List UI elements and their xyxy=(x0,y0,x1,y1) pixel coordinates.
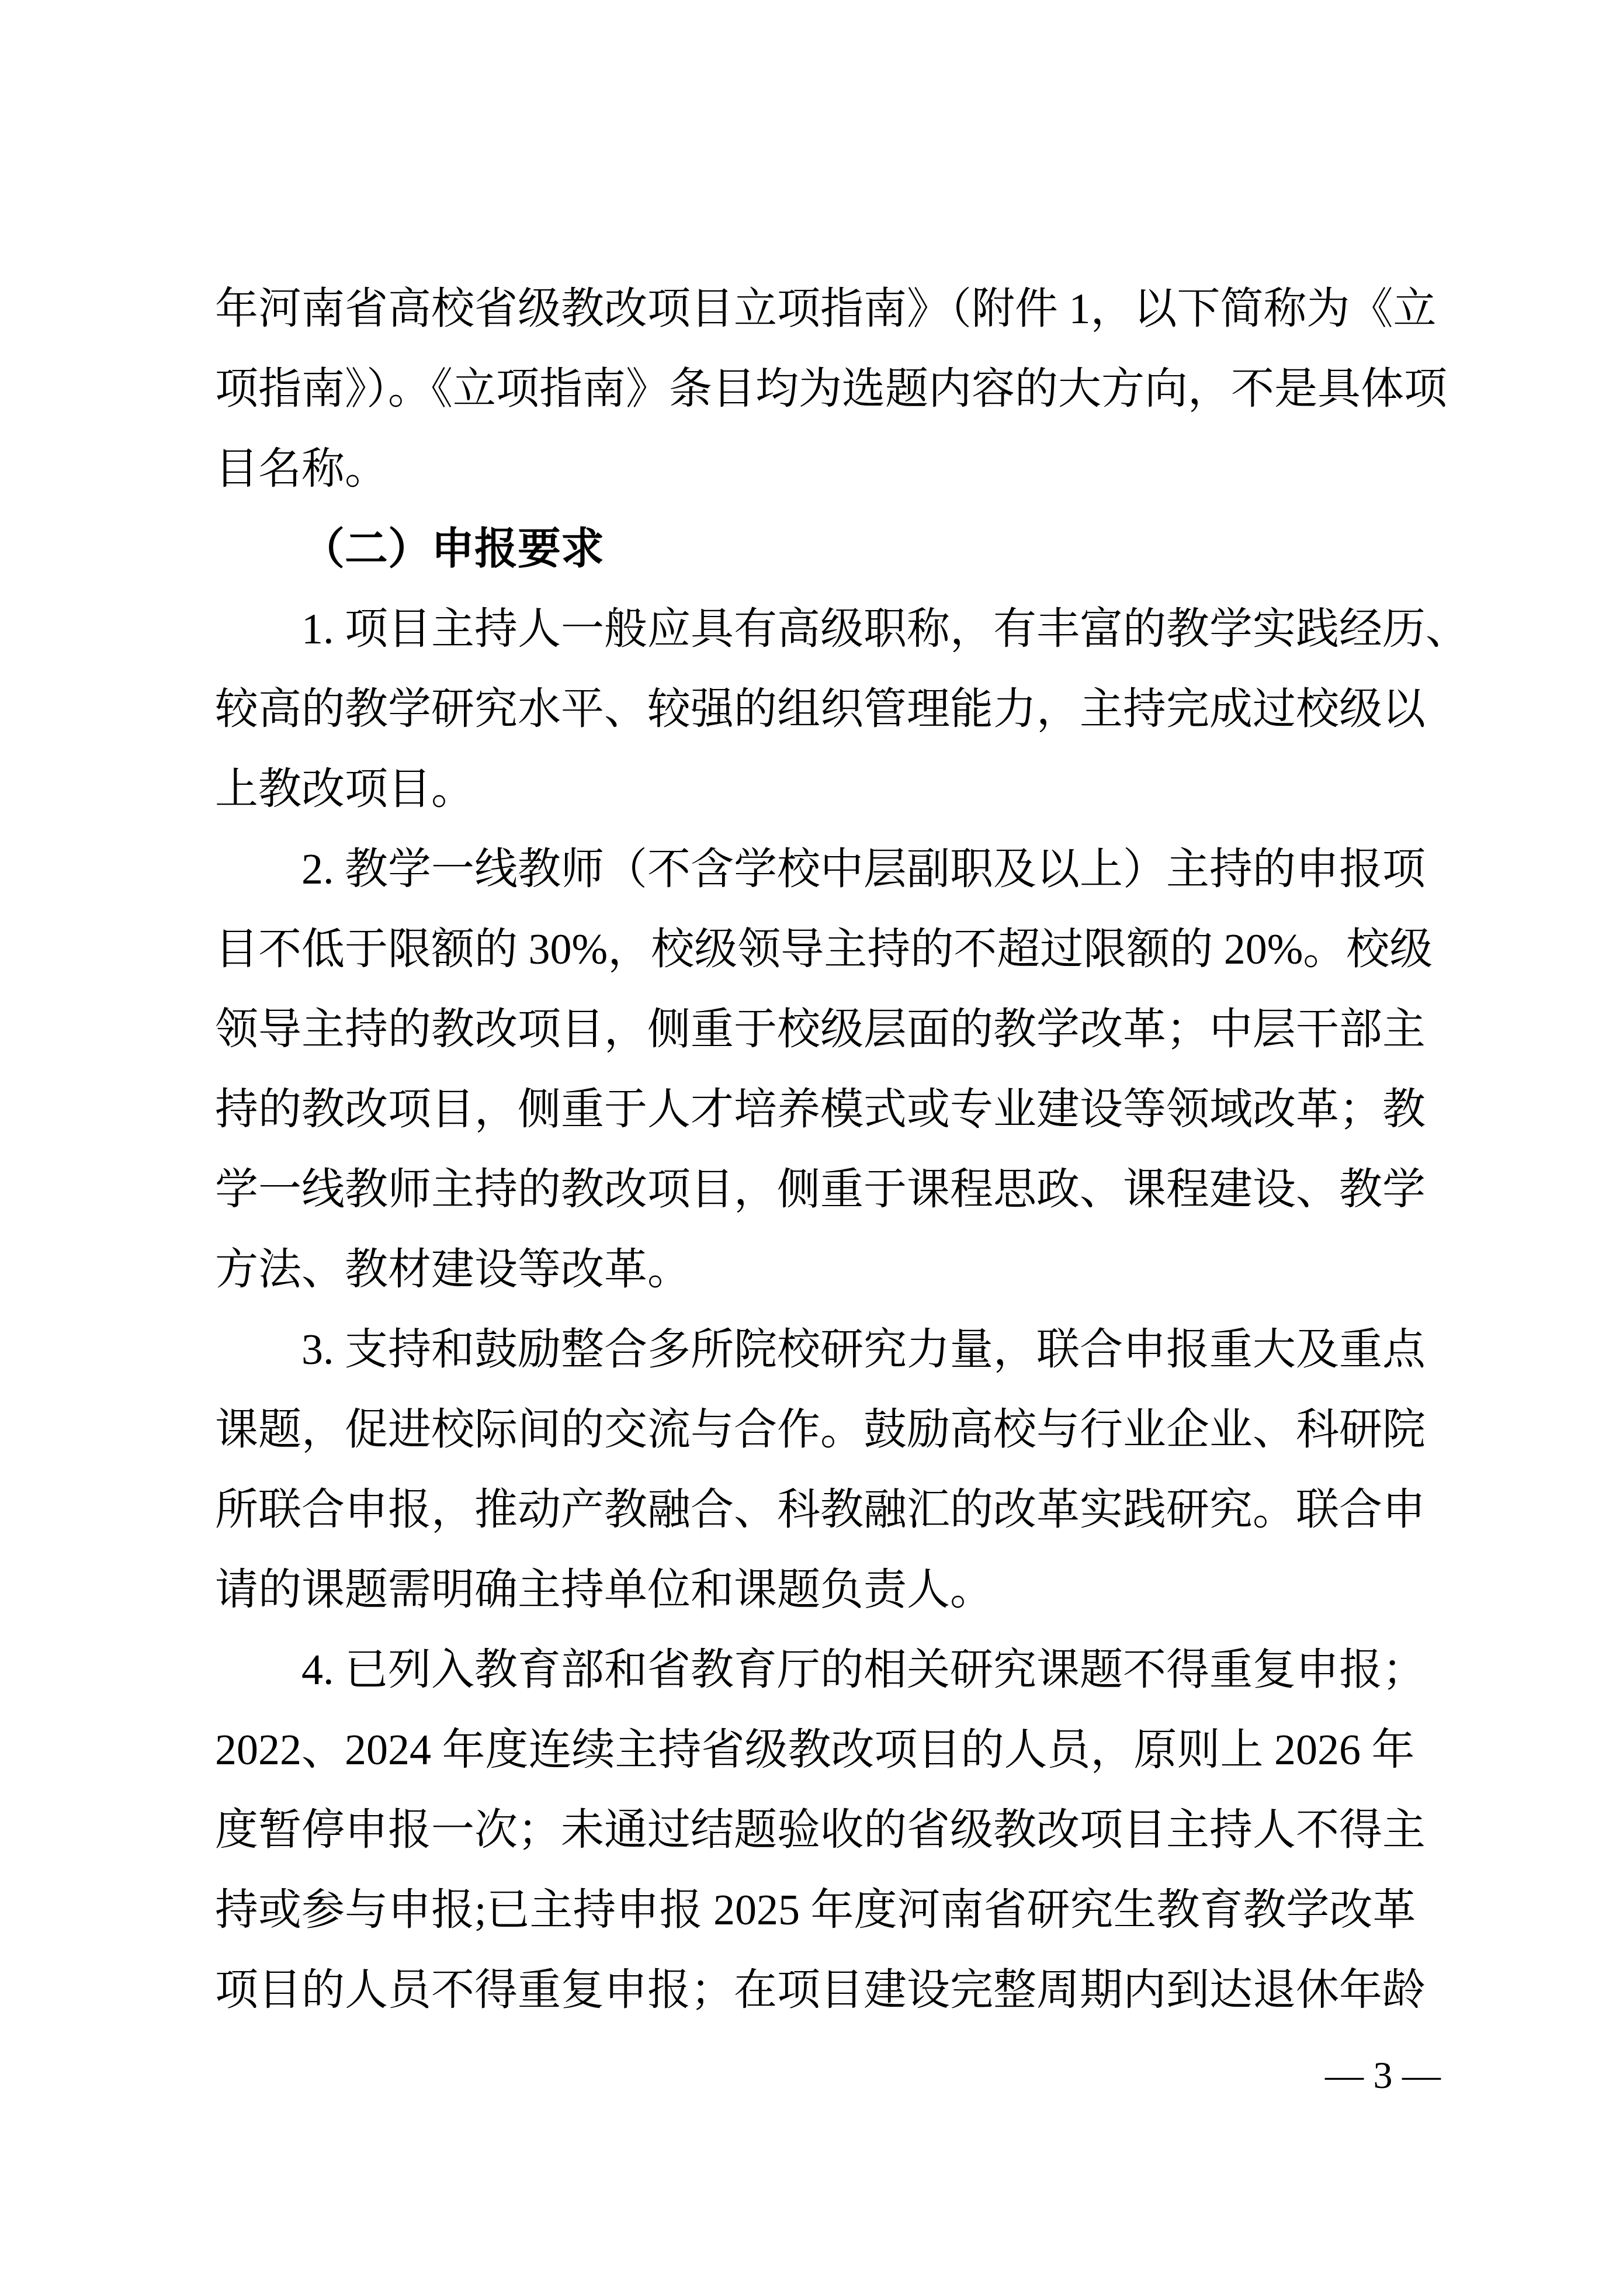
text-line: 4. 已列入教育部和省教育厅的相关研究课题不得重复申报； xyxy=(215,1630,1448,1710)
page-number: — 3 — xyxy=(1325,2035,1441,2117)
text-line: 请的课题需明确主持单位和课题负责人。 xyxy=(215,1550,1448,1630)
document-body: 年河南省高校省级教改项目立项指南》（附件 1，以下简称为《立项指南》）。《立项指… xyxy=(215,269,1448,2031)
text-line: 2. 教学一线教师（不含学校中层副职及以上）主持的申报项 xyxy=(215,830,1448,910)
text-line: 项指南》）。《立项指南》条目均为选题内容的大方向，不是具体项 xyxy=(215,349,1448,430)
document-page: 年河南省高校省级教改项目立项指南》（附件 1，以下简称为《立项指南》）。《立项指… xyxy=(0,0,1623,2296)
text-line: 持的教改项目，侧重于人才培养模式或专业建设等领域改革；教 xyxy=(215,1070,1448,1150)
text-line: 度暂停申报一次；未通过结题验收的省级教改项目主持人不得主 xyxy=(215,1791,1448,1871)
text-line: 2022、2024 年度连续主持省级教改项目的人员，原则上 2026 年 xyxy=(215,1710,1448,1791)
text-line: 所联合申报，推动产教融合、科教融汇的改革实践研究。联合申 xyxy=(215,1470,1448,1550)
text-line: 学一线教师主持的教改项目，侧重于课程思政、课程建设、教学 xyxy=(215,1150,1448,1230)
text-line: 较高的教学研究水平、较强的组织管理能力，主持完成过校级以 xyxy=(215,670,1448,750)
text-line: 年河南省高校省级教改项目立项指南》（附件 1，以下简称为《立 xyxy=(215,269,1448,349)
text-line: 目名称。 xyxy=(215,430,1448,510)
text-line: 3. 支持和鼓励整合多所院校研究力量，联合申报重大及重点 xyxy=(215,1310,1448,1390)
text-line: 持或参与申报;已主持申报 2025 年度河南省研究生教育教学改革 xyxy=(215,1871,1448,1951)
text-line: 上教改项目。 xyxy=(215,750,1448,830)
text-line: 1. 项目主持人一般应具有高级职称，有丰富的教学实践经历、 xyxy=(215,590,1448,670)
text-line: 目不低于限额的 30%，校级领导主持的不超过限额的 20%。校级 xyxy=(215,910,1448,990)
text-line: 项目的人员不得重复申报；在项目建设完整周期内到达退休年龄 xyxy=(215,1951,1448,2031)
text-line: 课题，促进校际间的交流与合作。鼓励高校与行业企业、科研院 xyxy=(215,1390,1448,1470)
section-heading: （二）申报要求 xyxy=(215,510,1448,590)
text-line: 方法、教材建设等改革。 xyxy=(215,1230,1448,1310)
text-line: 领导主持的教改项目，侧重于校级层面的教学改革；中层干部主 xyxy=(215,990,1448,1070)
